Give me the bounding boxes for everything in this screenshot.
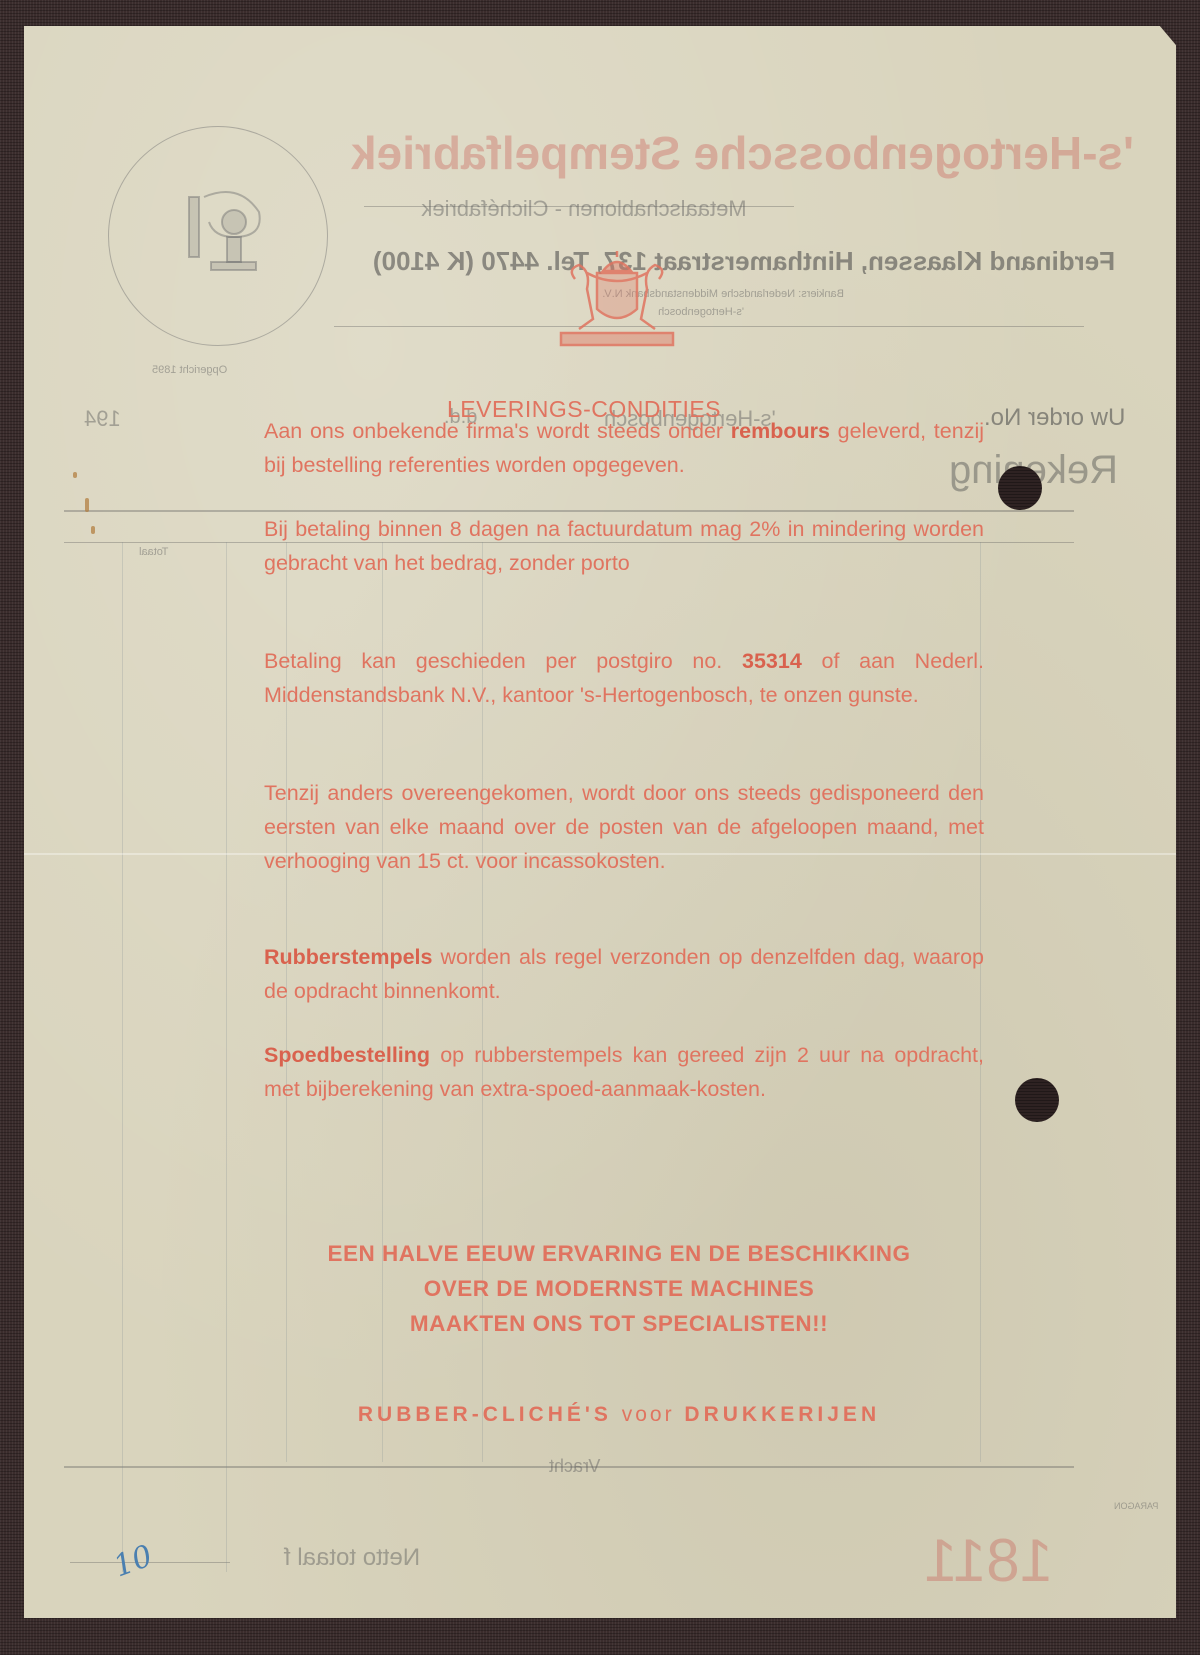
- rust-stain: [91, 526, 95, 534]
- show-through-net-total-label: Netto totaal f: [284, 1544, 420, 1572]
- show-through-address: Ferdinand Klaassen, Hinthamerstraat 137,…: [354, 246, 1134, 277]
- slogan-line-1: EEN HALVE EEUW ERVARING EN DE BESCHIKKIN…: [254, 1236, 984, 1271]
- condition-paragraph-rubber-stamps: Rubberstempels worden als regel verzonde…: [264, 940, 984, 1008]
- show-through-printer-mark: PARAGON: [1114, 1501, 1158, 1511]
- slogan-line-2: OVER DE MODERNSTE MACHINES: [254, 1271, 984, 1306]
- punch-hole: [998, 466, 1042, 510]
- show-through-year: 194: [84, 406, 121, 432]
- tagline-part: RUBBER-CLICHÉ'S: [358, 1403, 612, 1426]
- postgiro-number: 35314: [742, 649, 802, 673]
- show-through-freight-label: Vracht: [549, 1456, 600, 1477]
- tagline: RUBBER-CLICHÉ'S voor DRUKKERIJEN: [254, 1403, 984, 1427]
- show-through-total-label: Totaal: [139, 546, 168, 558]
- slogan-line-3: MAAKTEN ONS TOT SPECIALISTEN!!: [254, 1306, 984, 1341]
- condition-bold-term: Spoedbestelling: [264, 1043, 430, 1067]
- punch-hole: [1015, 1078, 1059, 1122]
- show-through-seal-caption: Opgericht 1895: [152, 364, 227, 376]
- ruled-column: [226, 542, 227, 1572]
- document-sheet: 's-Hertogenbossche Stempelfabriek Metaal…: [24, 26, 1176, 1618]
- show-through-subtitle: Metaalschablonen - Clichéfabriek: [354, 196, 814, 222]
- show-through-handwritten-amount: 1811: [924, 1526, 1053, 1595]
- condition-paragraph-direct-debit: Tenzij anders overeengekomen, wordt door…: [264, 776, 984, 878]
- condition-bold-term: rembours: [731, 419, 830, 443]
- condition-text: Betaling kan geschieden per postgiro no.: [264, 649, 742, 673]
- condition-paragraph-rembours: Aan ons onbekende firma's wordt steeds o…: [264, 414, 984, 482]
- tagline-part: DRUKKERIJEN: [684, 1403, 880, 1426]
- condition-bold-term: Rubberstempels: [264, 945, 432, 969]
- handwritten-pen-mark: 10: [109, 1539, 157, 1585]
- condition-paragraph-discount: Bij betaling binnen 8 dagen na factuurda…: [264, 512, 984, 580]
- show-through-order-label: Uw order No.: [984, 404, 1125, 432]
- circular-seal-logo-icon: [108, 126, 328, 346]
- show-through-company-name: 's-Hertogenbossche Stempelfabriek: [354, 126, 1134, 180]
- condition-paragraph-payment: Betaling kan geschieden per postgiro no.…: [264, 644, 984, 712]
- condition-paragraph-rush-order: Spoedbestelling op rubberstempels kan ge…: [264, 1038, 984, 1106]
- tagline-part: voor: [622, 1403, 675, 1426]
- ruled-line: [334, 326, 1084, 327]
- condition-text: Aan ons onbekende firma's wordt steeds o…: [264, 419, 731, 443]
- ruled-column: [122, 542, 123, 1572]
- rust-stain: [85, 498, 89, 512]
- rust-stain: [73, 472, 77, 478]
- royal-coat-of-arms-icon: [557, 249, 677, 354]
